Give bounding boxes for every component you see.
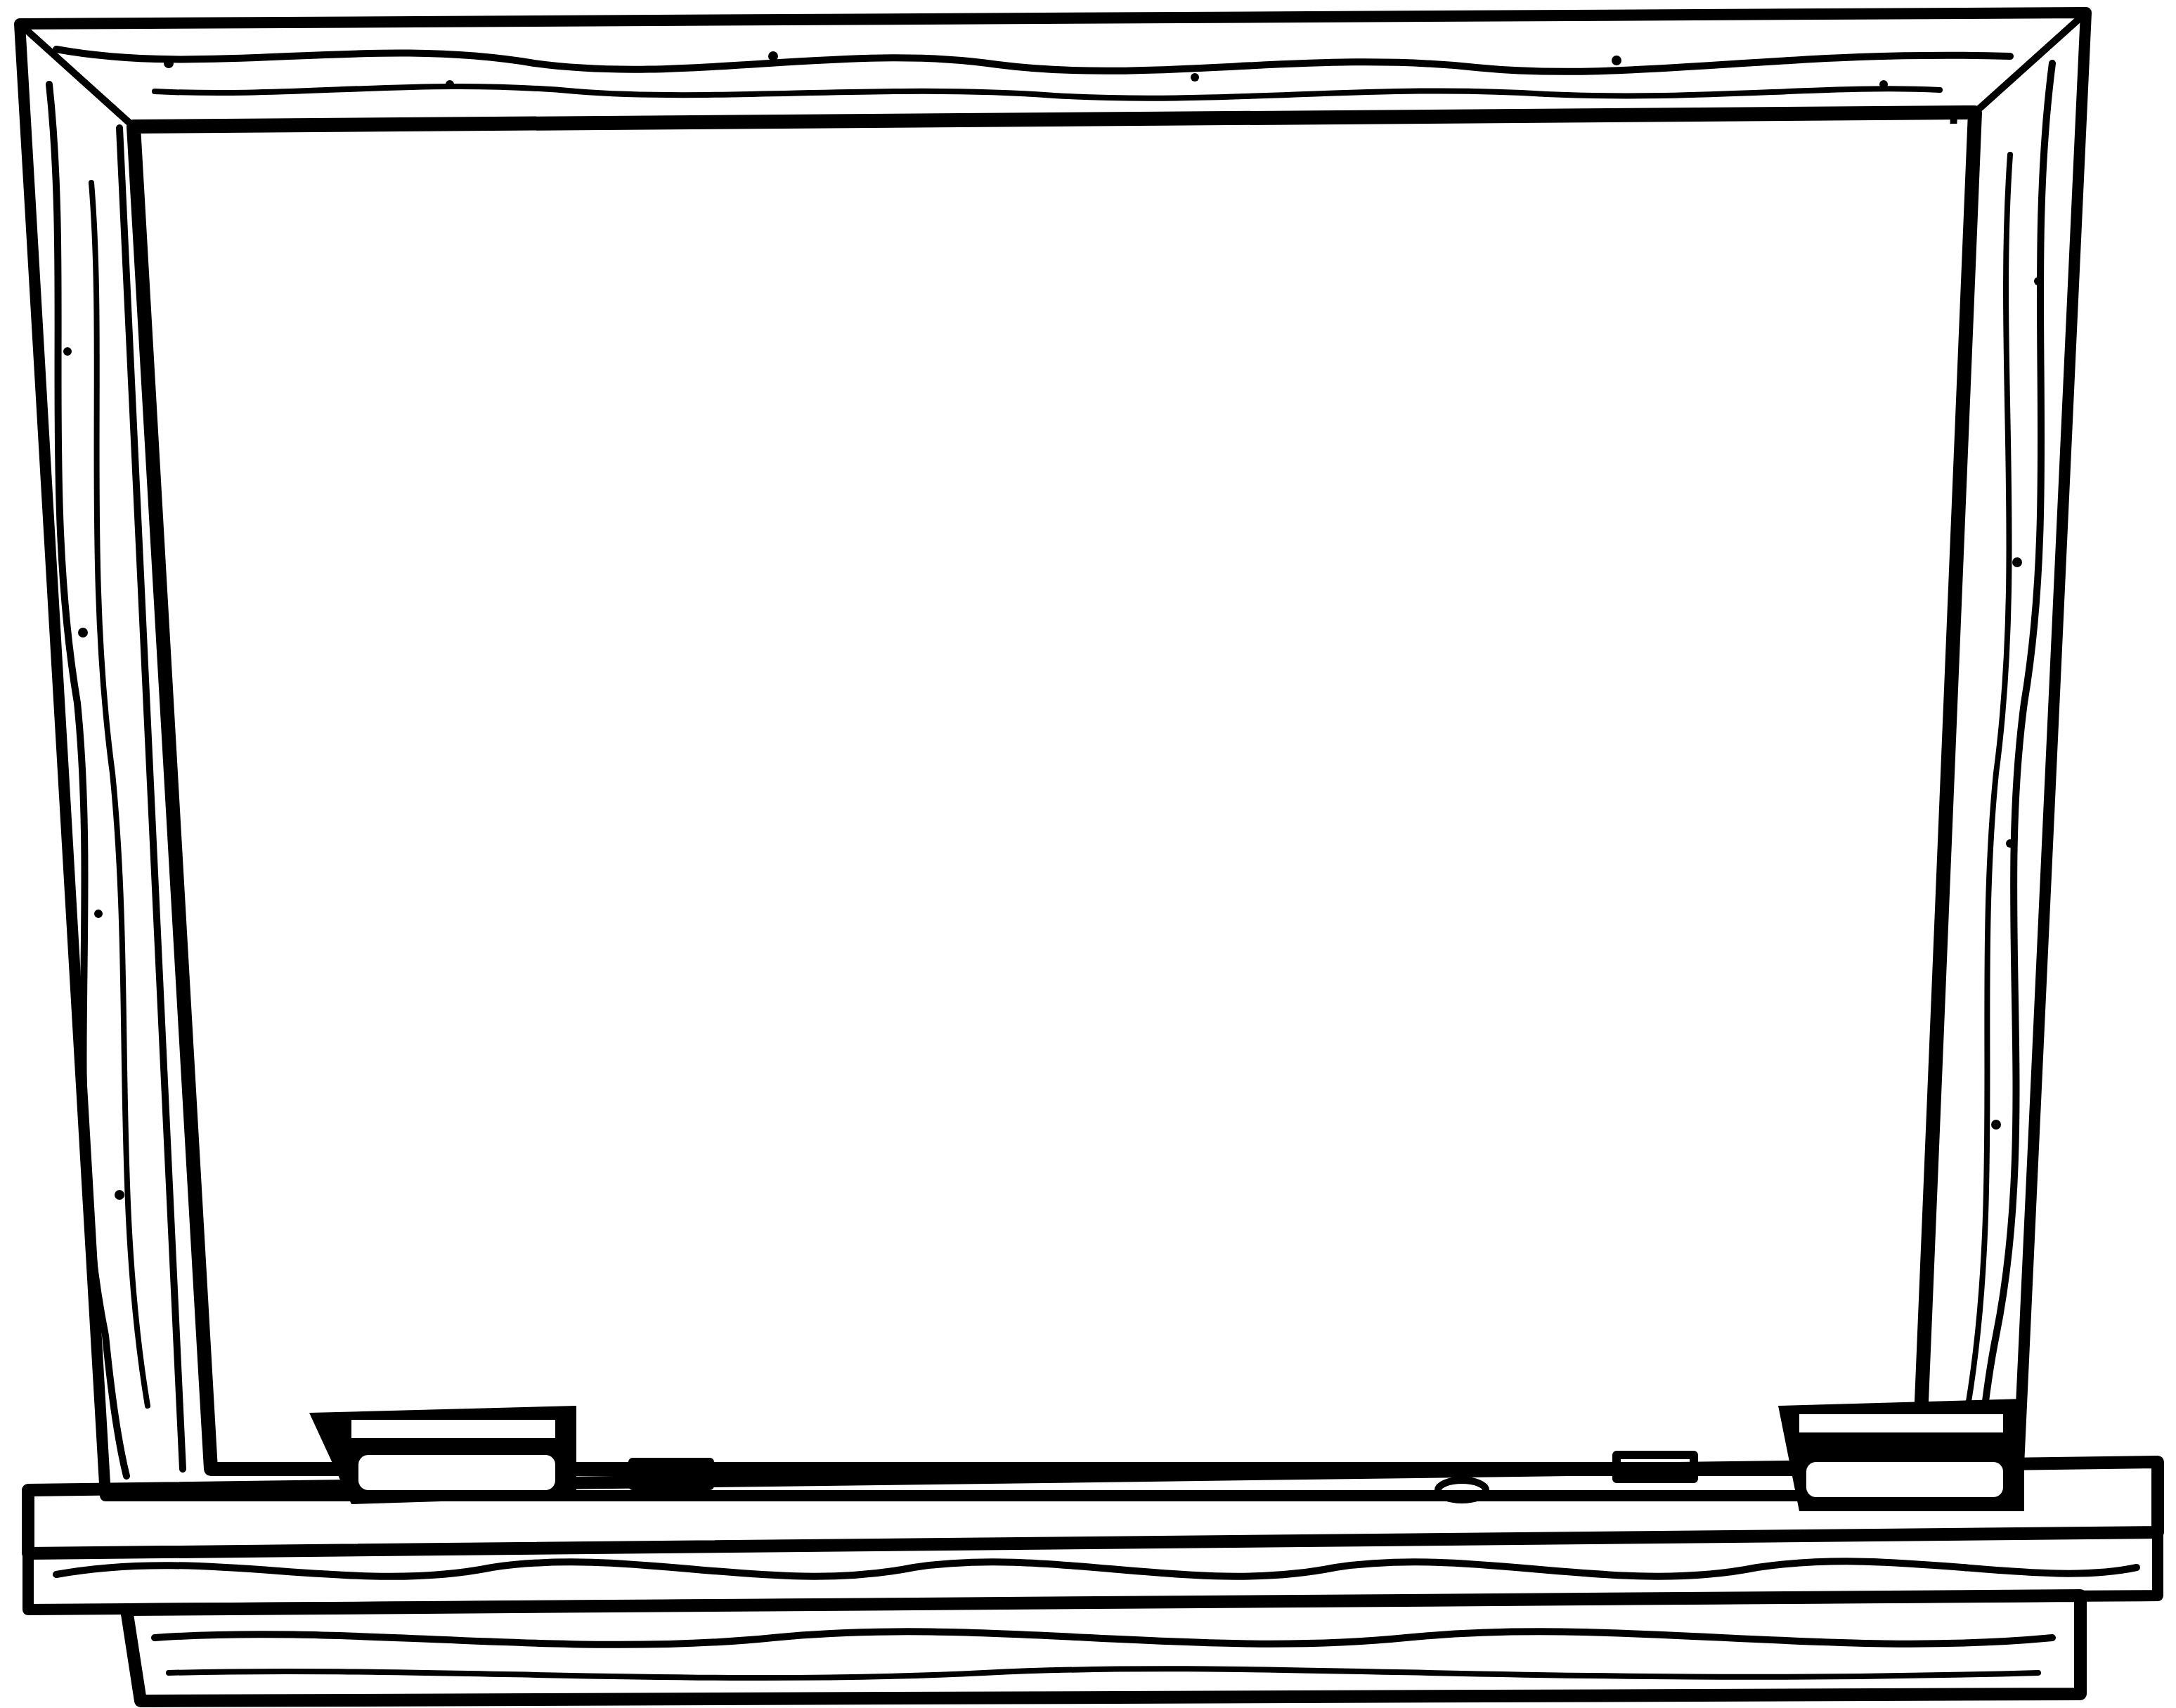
eraser-left (309, 1406, 576, 1504)
eraser-right (1778, 1399, 2024, 1511)
chalkboard-illustration (0, 0, 2176, 1708)
board-surface (146, 124, 1962, 1458)
